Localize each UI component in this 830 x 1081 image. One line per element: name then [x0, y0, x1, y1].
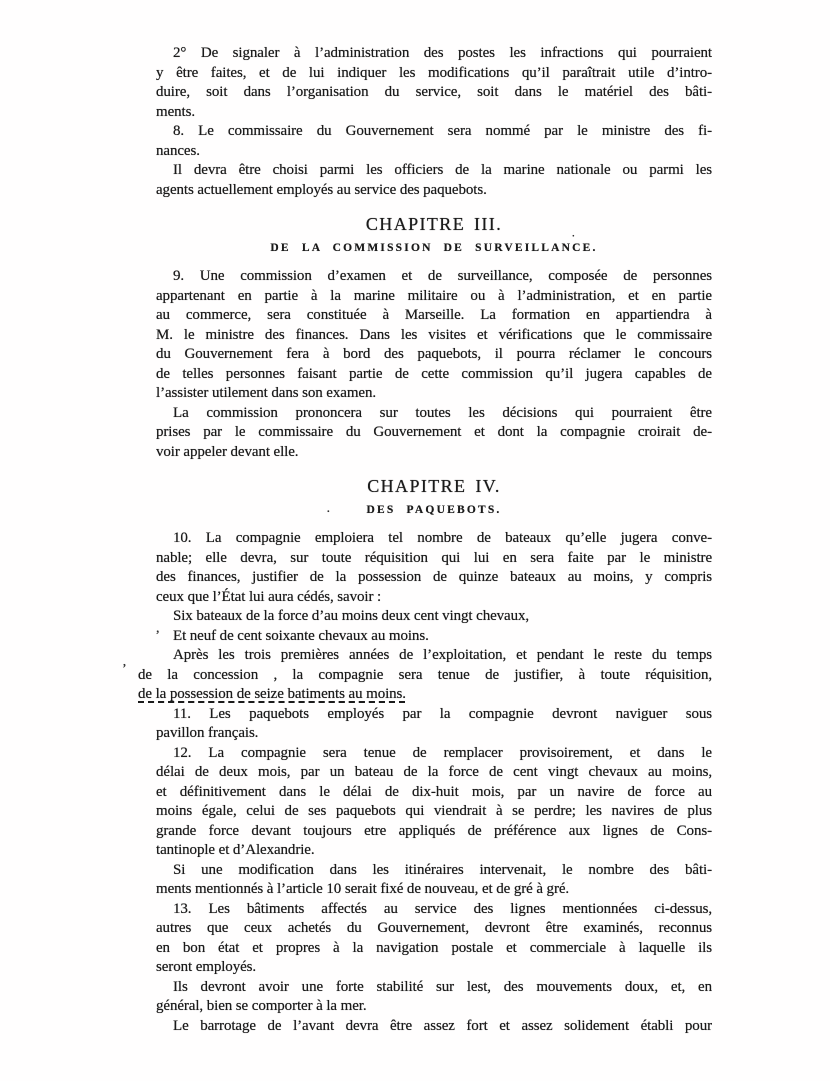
text-line: de la possession de seize batiments au m…: [138, 685, 712, 705]
text-line: voir appeler devant elle.: [156, 443, 712, 463]
text-line: duire, soit dans l’organisation du servi…: [156, 83, 712, 103]
text-line: de la concession , la compagnie sera ten…: [138, 666, 712, 686]
text-line: Il devra être choisi parmi les officiers…: [156, 161, 712, 181]
text-line: nable; elle devra, sur toute réquisition…: [156, 549, 712, 569]
section-heading: DE LA COMMISSION DE SURVEILLANCE.: [156, 241, 712, 256]
paragraph: 11. Les paquebots employés par la compag…: [156, 705, 712, 744]
text-line: du Gouvernement fera à bord des paquebot…: [156, 345, 712, 365]
text-line: nances.: [156, 142, 712, 162]
paragraph: Et neuf de cent soixante chevaux au moin…: [156, 627, 712, 647]
paragraph: 10. La compagnie emploiera tel nombre de…: [156, 529, 712, 607]
paragraph: 9. Une commission d’examen et de surveil…: [156, 267, 712, 404]
text-line: et définitivement dans le délai de dix-h…: [156, 783, 712, 803]
text-line: l’assister utilement dans son examen.: [156, 384, 712, 404]
text-line: général, bien se comporter à la mer.: [156, 997, 712, 1017]
text-line: 9. Une commission d’examen et de surveil…: [156, 267, 712, 287]
paragraph: Le barrotage de l’avant devra être assez…: [156, 1017, 712, 1037]
text-line: y être faites, et de lui indiquer les mo…: [156, 64, 712, 84]
text-line: de telles personnes faisant partie de ce…: [156, 365, 712, 385]
paragraph: Après les trois premières années de l’ex…: [156, 646, 712, 705]
text-line: agents actuellement employés au service …: [156, 181, 712, 201]
text-line: pavillon français.: [156, 724, 712, 744]
text-line: Et neuf de cent soixante chevaux au moin…: [156, 627, 712, 647]
text-line: moins égale, celui de ses paquebots qui …: [156, 802, 712, 822]
paragraph: Si une modification dans les itinéraires…: [156, 861, 712, 900]
text-line: 11. Les paquebots employés par la compag…: [156, 705, 712, 725]
text-line: 2° De signaler à l’administration des po…: [156, 44, 712, 64]
text-line: Ils devront avoir une forte stabilité su…: [156, 978, 712, 998]
text-line: ments mentionnés à l’article 10 serait f…: [156, 880, 712, 900]
paragraph: 13. Les bâtiments affectés au service de…: [156, 900, 712, 978]
text-line: au commerce, sera constituée à Marseille…: [156, 306, 712, 326]
paragraph: Il devra être choisi parmi les officiers…: [156, 161, 712, 200]
text-line: 8. Le commissaire du Gouvernement sera n…: [156, 122, 712, 142]
paragraph: Six bateaux de la force d’au moins deux …: [156, 607, 712, 627]
text-line: 12. La compagnie sera tenue de remplacer…: [156, 744, 712, 764]
text-line: 13. Les bâtiments affectés au service de…: [156, 900, 712, 920]
paragraph: La commission prononcera sur toutes les …: [156, 404, 712, 463]
stray-dot-mark: ·: [326, 506, 331, 520]
paragraph: 12. La compagnie sera tenue de remplacer…: [156, 744, 712, 861]
paragraph: 8. Le commissaire du Gouvernement sera n…: [156, 122, 712, 161]
paragraph: Ils devront avoir une forte stabilité su…: [156, 978, 712, 1017]
text-line: grande force devant toujours etre appliq…: [156, 822, 712, 842]
chapter-heading: CHAPITRE IV.: [156, 475, 712, 498]
text-line: ceux que l’État lui aura cédés, savoir :: [156, 588, 712, 608]
text-column: 2° De signaler à l’administration des po…: [156, 44, 712, 1036]
text-line: 10. La compagnie emploiera tel nombre de…: [156, 529, 712, 549]
text-line: Après les trois premières années de l’ex…: [156, 646, 712, 666]
stray-speck-mark: ˙: [571, 234, 576, 248]
text-line: seront employés.: [156, 958, 712, 978]
text-line: délai de deux mois, par un bateau de la …: [156, 763, 712, 783]
section-heading: DES PAQUEBOTS.: [156, 503, 712, 518]
stray-comma-mark: ,: [156, 622, 160, 636]
text-line: prises par le commissaire du Gouvernemen…: [156, 423, 712, 443]
text-line: Six bateaux de la force d’au moins deux …: [156, 607, 712, 627]
document-page: 2° De signaler à l’administration des po…: [0, 0, 830, 1081]
paragraph: 2° De signaler à l’administration des po…: [156, 44, 712, 122]
text-line: appartenant en partie à la marine milita…: [156, 287, 712, 307]
text-line: des finances, justifier de la possession…: [156, 568, 712, 588]
text-line: Le barrotage de l’avant devra être assez…: [156, 1017, 712, 1037]
text-line: La commission prononcera sur toutes les …: [156, 404, 712, 424]
stray-apostrophe-mark: ’: [122, 663, 127, 677]
text-line: autres que ceux achetés du Gouvernement,…: [156, 919, 712, 939]
text-line: en bon état et propres à la navigation p…: [156, 939, 712, 959]
text-line: M. le ministre des finances. Dans les vi…: [156, 326, 712, 346]
text-line: tantinople et d’Alexandrie.: [156, 841, 712, 861]
chapter-heading: CHAPITRE III.: [156, 213, 712, 236]
text-line: Si une modification dans les itinéraires…: [156, 861, 712, 881]
text-line: ments.: [156, 103, 712, 123]
